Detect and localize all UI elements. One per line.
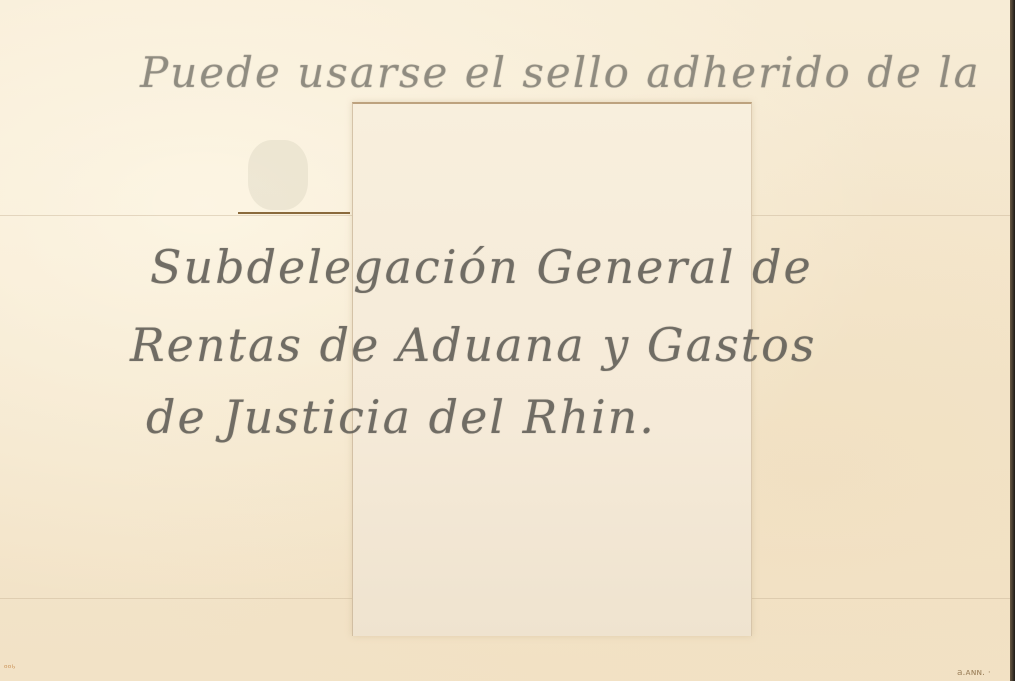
body-line-1: Subdelegación General de (150, 240, 813, 294)
corner-mark-bottom-right: a.ᴀɴɴ. · (957, 668, 991, 678)
body-line-2: Rentas de Aduana y Gastos (130, 318, 816, 372)
tear-stain-line (238, 212, 350, 214)
corner-mark-bottom-left: ᵒᵒⁱ˒ (4, 664, 16, 674)
header-note: Puede usarse el sello adherido de la (140, 48, 981, 97)
scan-edge-shadow (1010, 0, 1015, 681)
faded-stamp-mark (248, 140, 308, 210)
body-line-3: de Justicia del Rhin. (146, 390, 656, 444)
